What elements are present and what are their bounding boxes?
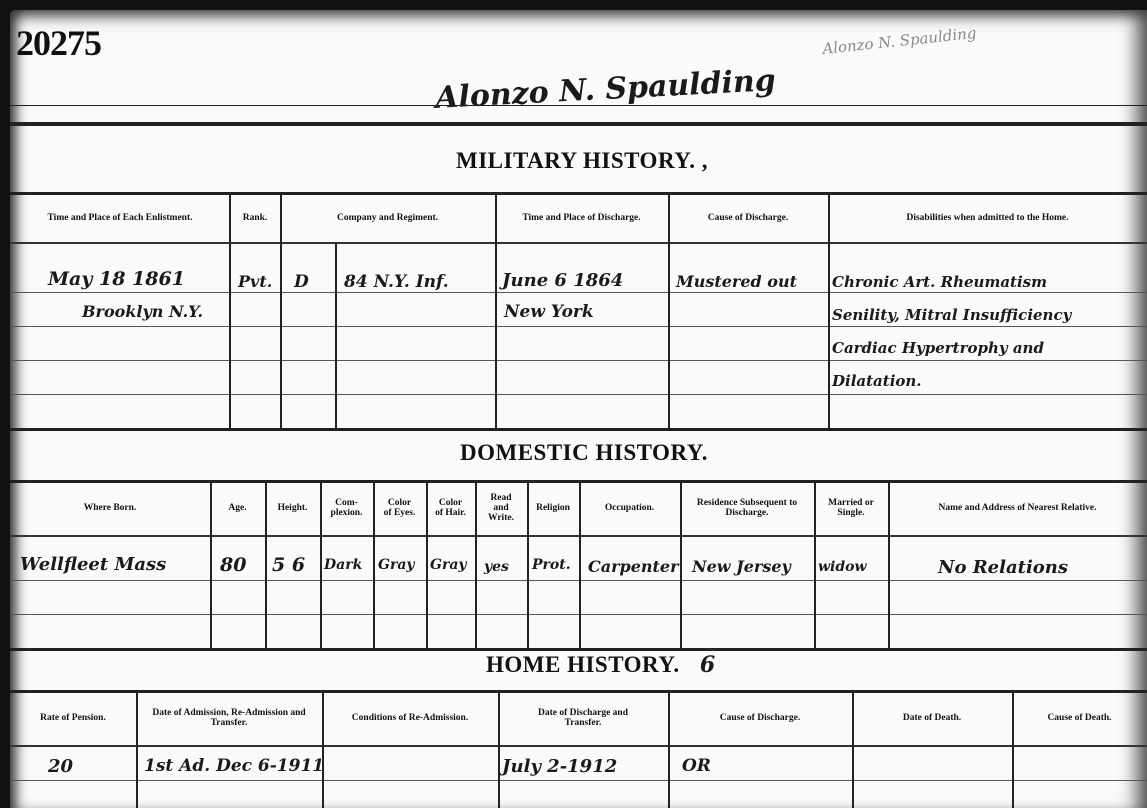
col-line [210,482,212,649]
col-line [888,482,890,649]
pension-value: 20 [48,756,73,777]
disability-line-4: Dilatation. [832,372,922,390]
header-date-of-death: Date of Death. [852,693,1012,745]
col-line [280,194,282,429]
header-cause-of-death: Cause of Death. [1012,693,1147,745]
header-occupation: Occupation. [579,483,680,535]
record-number: 20275 [16,22,101,64]
religion-value: Prot. [532,557,571,573]
discharge-place: New York [504,302,594,322]
header-admission: Date of Admission, Re-Admission and Tran… [136,693,322,745]
complexion-value: Dark [324,557,362,573]
col-line [335,242,337,429]
col-line [373,482,375,649]
header-enlistment: Time and Place of Each Enlistment. [10,196,230,242]
home-history-title: HOME HISTORY. 6 [486,652,716,678]
residence-value: New Jersey [692,557,791,576]
header-discharge-transfer: Date of Discharge and Transfer. [498,693,668,745]
row-line [10,292,1147,293]
occupation-value: Carpenter [588,557,679,576]
col-line [852,692,854,808]
relative-value: No Relations [938,557,1068,578]
col-line [229,194,231,429]
header-complexion: Com- plexion. [320,483,373,535]
col-line [498,692,500,808]
discharge-date: June 6 1864 [502,270,623,291]
born-value: Wellfleet Mass [20,554,166,575]
col-line [668,194,670,429]
col-line [495,194,497,429]
header-eyes: Color of Eyes. [373,483,426,535]
col-line [322,692,324,808]
veteran-name: Alonzo N. Spaulding [434,63,776,116]
row-line [10,242,1147,244]
header-age: Age. [210,483,265,535]
col-line [265,482,267,649]
discharge-cause: Mustered out [676,272,797,291]
header-rate-of-pension: Rate of Pension. [10,693,136,745]
military-history-title: MILITARY HISTORY. , [456,148,708,174]
col-line [426,482,428,649]
age-value: 80 [220,554,246,576]
veteran-home-register-page: 20275 Alonzo N. Spaulding Alonzo N. Spau… [10,10,1147,808]
disability-line-2: Senility, Mitral Insufficiency [832,306,1071,324]
row-line [10,745,1147,747]
header-conditions: Conditions of Re-Admission. [322,693,498,745]
col-line [668,692,670,808]
header-discharge: Time and Place of Discharge. [495,196,668,242]
read-write-value: yes [484,559,509,575]
domestic-history-title: DOMESTIC HISTORY. [460,440,708,466]
col-line [579,482,581,649]
header-married: Married or Single. [814,483,888,535]
divider [10,122,1147,126]
company-value: D [294,272,309,292]
header-disabilities: Disabilities when admitted to the Home. [828,196,1147,242]
enlistment-place: Brooklyn N.Y. [82,302,203,321]
row-line [10,780,1147,781]
col-line [320,482,322,649]
header-company-regiment: Company and Regiment. [280,196,495,242]
row-line [10,326,1147,327]
home-discharge-cause: OR [682,756,711,776]
row-line [10,360,1147,361]
header-rank: Rank. [230,196,280,242]
divider [10,428,1147,431]
hair-value: Gray [430,557,467,573]
col-line [1012,692,1014,808]
name-underline [10,105,1147,106]
col-line [680,482,682,649]
married-value: widow [818,559,867,575]
header-height: Height. [265,483,320,535]
divider [10,192,1147,195]
header-where-born: Where Born. [10,483,210,535]
header-residence: Residence Subsequent to Discharge. [680,483,814,535]
header-hair: Color of Hair. [426,483,475,535]
height-value: 5 6 [272,554,305,576]
col-line [527,482,529,649]
col-line [136,692,138,808]
col-line [814,482,816,649]
admission-value: 1st Ad. Dec 6-1911 [144,756,324,776]
header-religion: Religion [527,483,579,535]
header-cause-discharge: Cause of Discharge. [668,196,828,242]
regiment-value: 84 N.Y. Inf. [344,272,449,292]
disability-line-3: Cardiac Hypertrophy and [832,339,1044,357]
disability-line-1: Chronic Art. Rheumatism [832,273,1047,291]
col-line [475,482,477,649]
eyes-value: Gray [378,557,415,573]
header-read-write: Read and Write. [475,483,527,535]
header-nearest-relative: Name and Address of Nearest Relative. [888,483,1147,535]
pencil-annotation: Alonzo N. Spaulding [821,24,977,58]
row-line [10,394,1147,395]
home-discharge-date: July 2-1912 [502,756,617,777]
enlistment-date: May 18 1861 [48,268,185,290]
rank-value: Pvt. [238,272,272,291]
col-line [828,194,830,429]
header-home-cause-discharge: Cause of Discharge. [668,693,852,745]
